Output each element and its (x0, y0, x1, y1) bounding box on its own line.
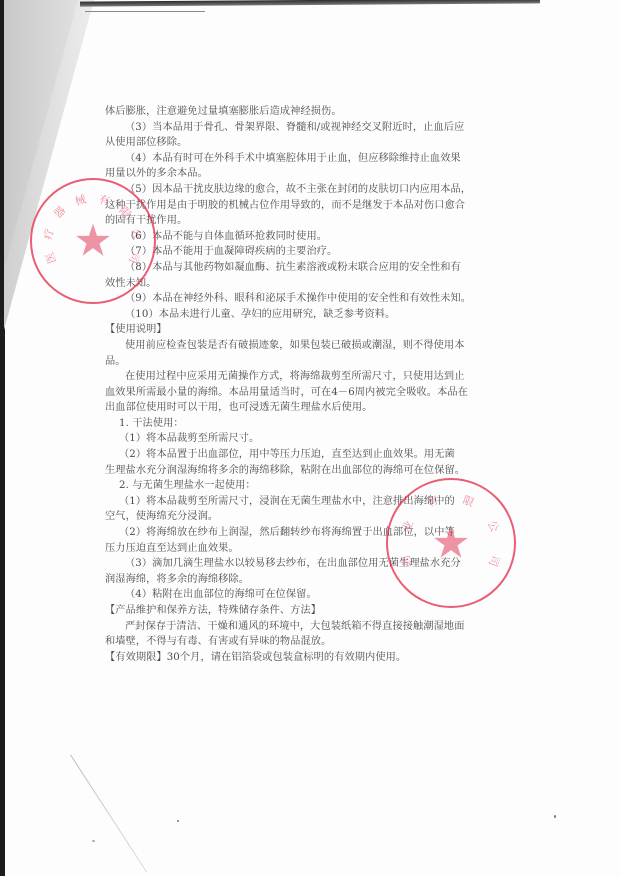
document-line: 【使用说明】 (105, 322, 517, 338)
document-line: （9）本品在神经外科、眼科和泌尿手术操作中使用的安全性和有效性未知。 (105, 291, 517, 307)
document-line: （3）当本品用于骨孔、骨架界限、脊髓和/或视神经交叉附近时，止血后应 (105, 120, 517, 136)
document-line: （7）本品不能用于血凝障碍疾病的主要治疗。 (105, 244, 517, 260)
document-line: 【产品维护和保养方法，特殊储存条件、方法】 (105, 603, 517, 619)
document-line: 空气，使海绵充分浸润。 (105, 509, 517, 525)
document-line: （2）将海绵放在纱布上润湿，然后翻转纱布将海绵置于出血部位，以中等 (105, 525, 517, 541)
page-fold-line (70, 754, 147, 872)
document-line: 品。 (105, 354, 517, 370)
document-line: 严封保存于清洁、干燥和通风的环境中，大包装纸箱不得直接接触潮湿地面 (105, 619, 517, 635)
scan-speck (177, 820, 179, 822)
scan-speck (554, 815, 556, 818)
document-line: 从使用部位移除。 (105, 135, 517, 151)
document-line: （8）本品与其他药物如凝血酶、抗生素溶液或粉末联合应用的安全性和有 (105, 260, 517, 276)
document-line: 使用前应检查包装是否有破损迹象，如果包装已破损或潮湿，则不得使用本 (105, 338, 517, 354)
document-line: 效性未知。 (105, 276, 517, 292)
document-line: （4）粘附在出血部位的海绵可在位保留。 (105, 587, 517, 603)
document-line: 出血部位使用时可以干用，也可浸透无菌生理盐水后使用。 (105, 400, 517, 416)
scan-speck (92, 840, 95, 842)
document-line: （1）将本品裁剪至所需尺寸。 (105, 431, 517, 447)
document-body: 体后膨胀，注意避免过量填塞膨胀后造成神经损伤。（3）当本品用于骨孔、骨架界限、脊… (105, 104, 517, 665)
document-line: 和墙壁，不得与有毒、有害或有异味的物品混放。 (105, 634, 517, 650)
document-line: （4）本品有时可在外科手术中填塞腔体用于止血，但应移除维持止血效果 (105, 151, 517, 167)
document-line: （1）将本品裁剪至所需尺寸，浸润在无菌生理盐水中，注意排出海绵中的 (105, 494, 517, 510)
document-line: （10）本品未进行儿童、孕妇的应用研究，缺乏参考资料。 (105, 307, 517, 323)
document-line: （3）滴加几滴生理盐水以较易移去纱布，在出血部位用无菌生理盐水充分 (105, 556, 517, 572)
document-line: 润湿海绵，将多余的海绵移除。 (105, 572, 517, 588)
document-line: （6）本品不能与自体血循环抢救同时使用。 (105, 229, 517, 245)
document-line: 血效果所需最小量的海绵。本品用量适当时，可在4－6周内被完全吸收。本品在 (105, 385, 517, 401)
document-line: （5）因本品干扰皮肤边缘的愈合，故不主张在封闭的皮肤切口内应用本品， (105, 182, 517, 198)
document-line: 生理盐水充分润湿海绵将多余的海绵移除，粘附在出血部位的海绵可在位保留。 (105, 463, 517, 479)
document-line: 【有效期限】30个月，请在铝箔袋或包装盒标明的有效期内使用。 (105, 650, 517, 666)
document-line: 这种干扰作用是由于明胶的机械占位作用导致的，而不是继发于本品对伤口愈合 (105, 198, 517, 214)
document-line: 的固有干扰作用。 (105, 213, 517, 229)
document-line: 2. 与无菌生理盐水一起使用： (105, 478, 517, 494)
document-line: 1. 干法使用： (105, 416, 517, 432)
document-line: 用量以外的多余本品。 (105, 166, 517, 182)
document-line: 压力压迫直至达到止血效果。 (105, 541, 517, 557)
scan-top-edge (80, 0, 540, 7)
scan-top-line (85, 11, 205, 12)
document-line: （2）将本品置于出血部位，用中等压力压迫，直至达到止血效果。用无菌 (105, 447, 517, 463)
document-line: 在使用过程中应采用无菌操作方式，将海绵裁剪至所需尺寸，只使用达到止 (105, 369, 517, 385)
document-line: 体后膨胀，注意避免过量填塞膨胀后造成神经损伤。 (105, 104, 517, 120)
